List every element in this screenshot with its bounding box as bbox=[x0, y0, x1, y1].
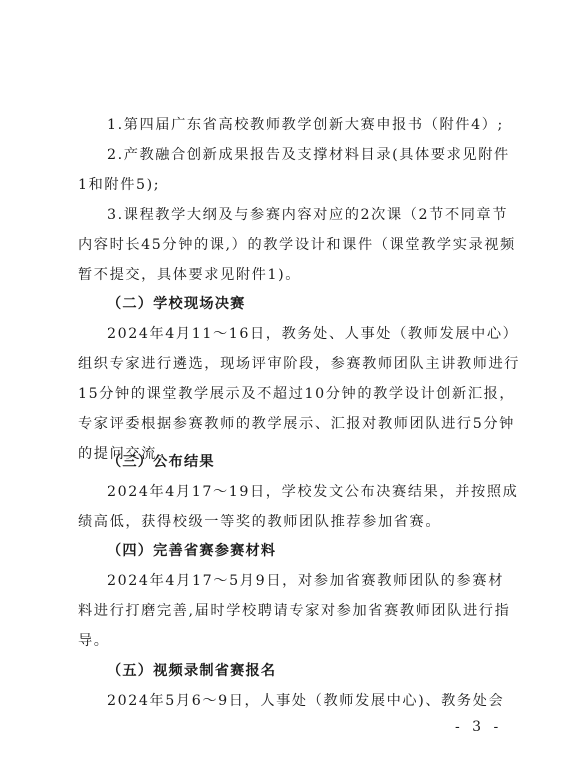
list-item-1: 1.第四届广东省高校教师教学创新大赛申报书（附件4）; bbox=[107, 115, 504, 135]
paragraph-line: 导。 bbox=[78, 631, 504, 651]
list-item-2-cont: 1和附件5); bbox=[78, 175, 504, 195]
paragraph-line: 绩高低，获得校级一等奖的教师团队推荐参加省赛。 bbox=[78, 512, 504, 532]
paragraph-line: 料进行打磨完善,届时学校聘请专家对参加省赛教师团队进行指 bbox=[78, 601, 504, 621]
document-page: 1.第四届广东省高校教师教学创新大赛申报书（附件4）; 2.产教融合创新成果报告… bbox=[0, 0, 572, 781]
paragraph-line: 15分钟的课堂教学展示及不超过10分钟的教学设计创新汇报， bbox=[78, 384, 504, 404]
list-item-3-cont: 内容时长45分钟的课,）的教学设计和课件（课堂教学实录视频 bbox=[78, 235, 504, 255]
section-heading-5: （五）视频录制省赛报名 bbox=[107, 661, 504, 681]
page-number: - 3 - bbox=[455, 719, 502, 735]
section-heading-4: （四）完善省赛参赛材料 bbox=[107, 541, 504, 561]
paragraph-line: 2024年5月6～9日，人事处（教师发展中心)、教务处会 bbox=[107, 691, 504, 711]
paragraph-line: 2024年4月17～5月9日，对参加省赛教师团队的参赛材 bbox=[107, 571, 504, 591]
list-item-3: 3.课程教学大纲及与参赛内容对应的2次课（2节不同章节 bbox=[107, 205, 504, 225]
section-heading-2: （二）学校现场决赛 bbox=[107, 294, 504, 314]
paragraph-line: 专家评委根据参赛教师的教学展示、汇报对教师团队进行5分钟 bbox=[78, 414, 504, 434]
paragraph-line: 组织专家进行遴选，现场评审阶段，参赛教师团队主讲教师进行 bbox=[78, 354, 504, 374]
list-item-2: 2.产教融合创新成果报告及支撑材料目录(具体要求见附件 bbox=[107, 145, 504, 165]
paragraph-line: 2024年4月17～19日，学校发文公布决赛结果，并按照成 bbox=[107, 482, 504, 502]
list-item-3-cont: 暂不提交，具体要求见附件1)。 bbox=[78, 265, 504, 285]
paragraph-line: 2024年4月11～16日，教务处、人事处（教师发展中心） bbox=[107, 324, 504, 344]
section-heading-3: （三）公布结果 bbox=[107, 452, 504, 472]
